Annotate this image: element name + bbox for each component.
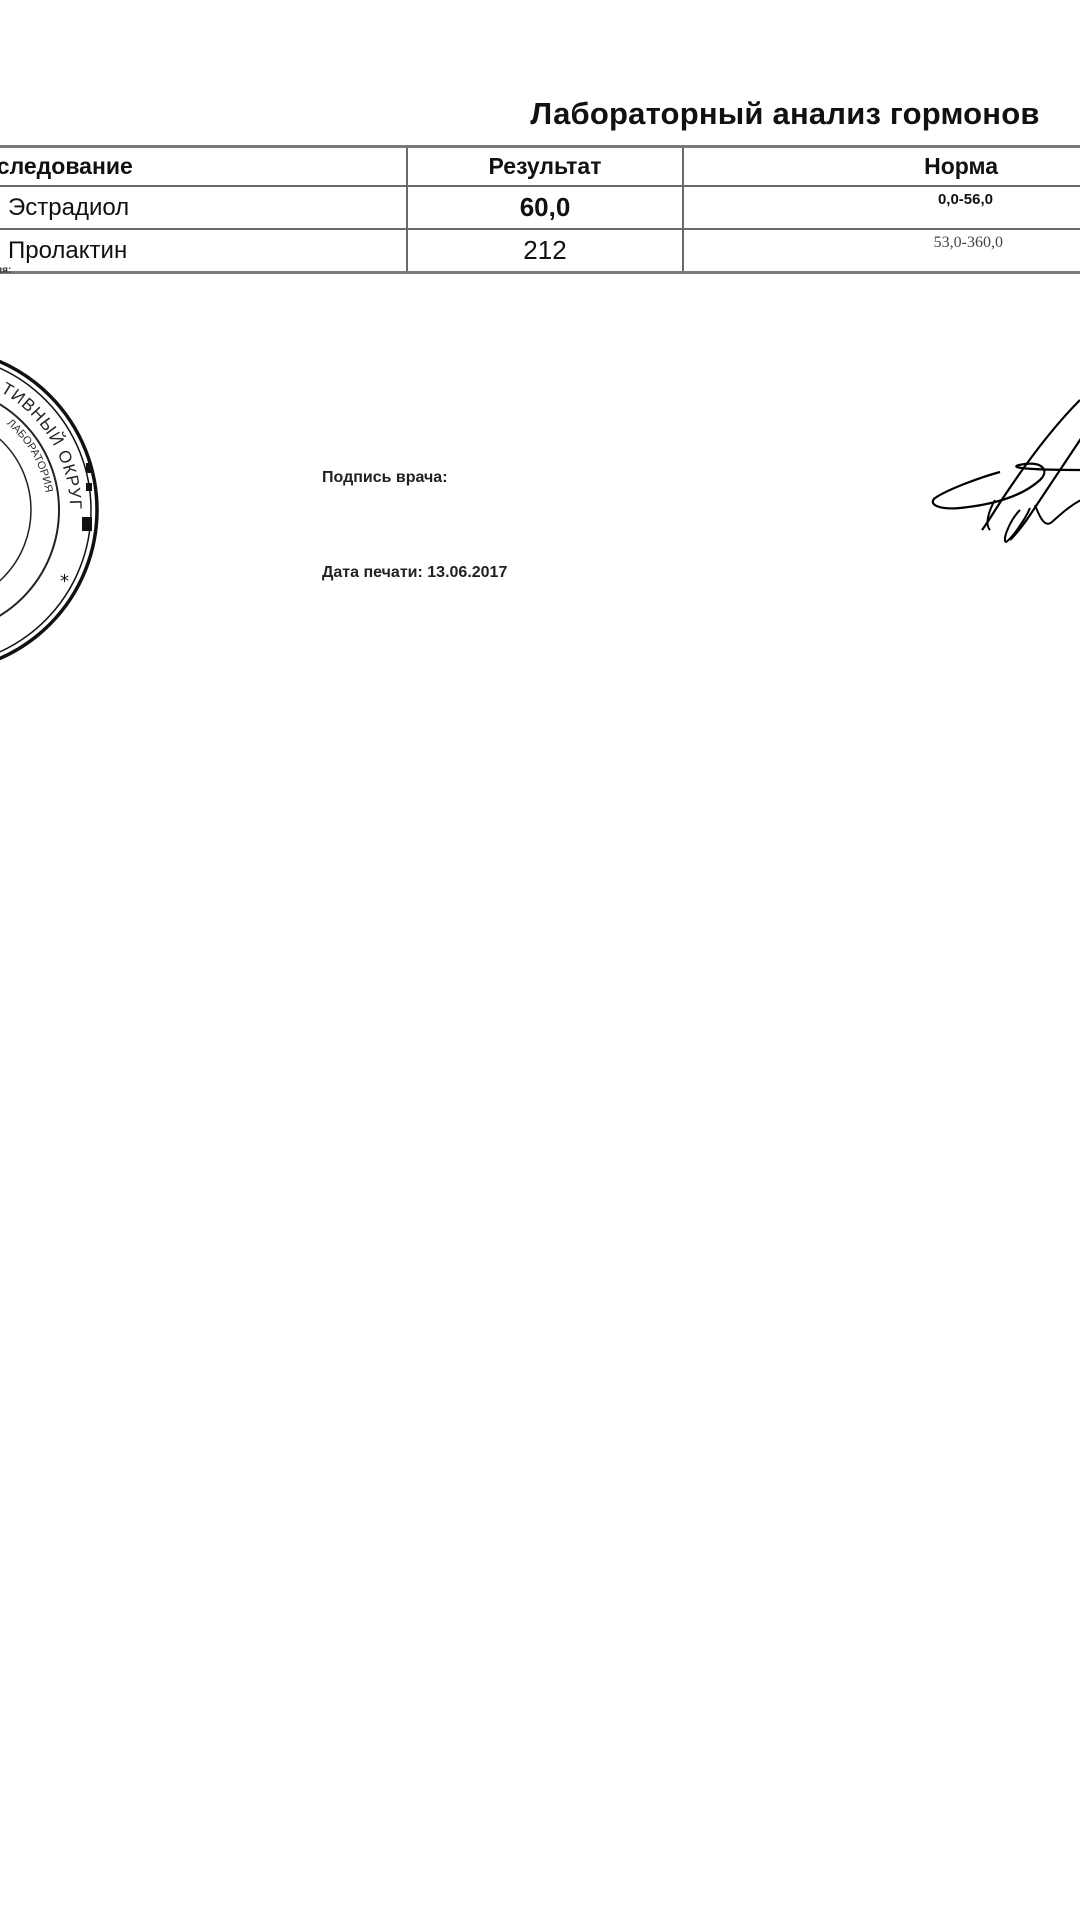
table-row: Эстрадиол 60,0 0,0-56,0 [0, 186, 1080, 229]
print-date: Дата печати: 13.06.2017 [322, 564, 507, 582]
column-header-result: Результат [407, 147, 683, 187]
column-header-study: сследование [0, 147, 407, 187]
table-row: Пролактин 212 53,0-360,0 [0, 229, 1080, 273]
stamp-seal-icon: ТИВНЫЙ ОКРУГ ЛАБОРАТОРИЯ * [0, 345, 100, 675]
study-norm: 53,0-360,0 [683, 229, 1080, 273]
note-fragment: ия: [0, 265, 11, 276]
study-name: Эстрадиол [0, 186, 407, 229]
doctor-signature-icon [930, 380, 1080, 560]
hormone-results-table: сследование Результат Норма Эстрадиол 60… [0, 145, 1080, 274]
study-result: 60,0 [407, 186, 683, 229]
study-norm: 0,0-56,0 [683, 186, 1080, 229]
column-header-study-label: сследование [0, 153, 133, 179]
document-title: Лабораторный анализ гормонов [0, 96, 1080, 132]
table-header-row: сследование Результат Норма [0, 147, 1080, 187]
svg-text:*: * [60, 571, 69, 592]
doctor-signature-label: Подпись врача: [322, 469, 448, 487]
column-header-norm: Норма [683, 147, 1080, 187]
study-name: Пролактин [0, 229, 407, 273]
study-result: 212 [407, 229, 683, 273]
